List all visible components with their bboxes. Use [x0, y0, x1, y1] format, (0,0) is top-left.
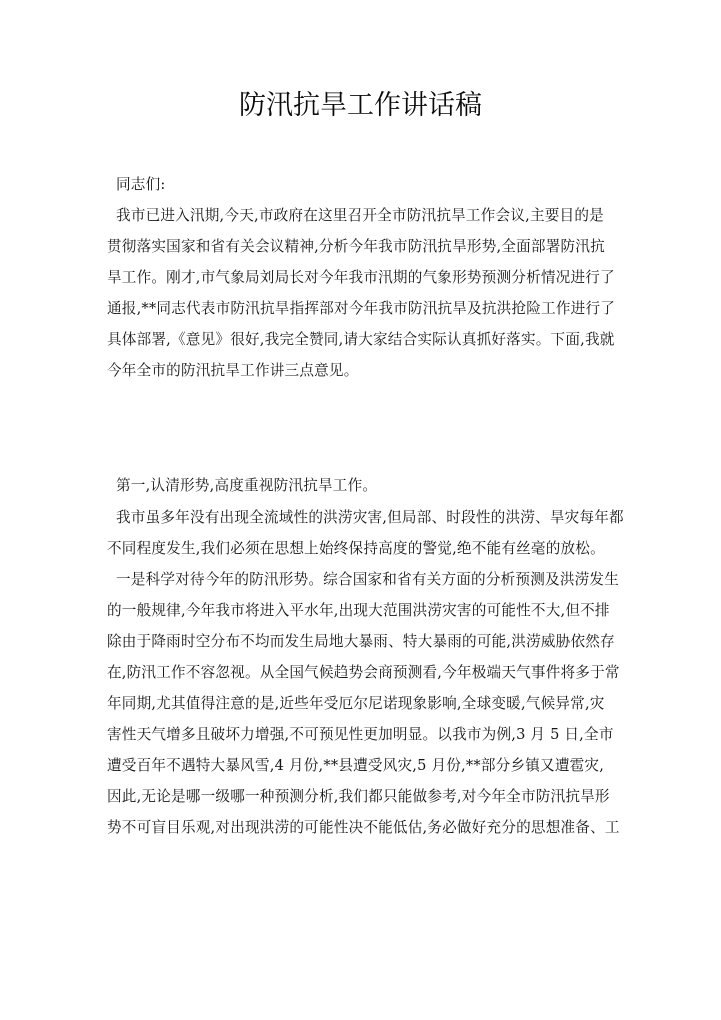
paragraph-line: 的一般规律,今年我市将进入平水年,出现大范围洪涝灾害的可能性不大,但不排 [107, 601, 627, 621]
paragraph-line: 年同期,尤其值得注意的是,近些年受厄尔尼诺现象影响,全球变暖,气候异常,灾 [107, 694, 627, 714]
paragraph-line: 具体部署,《意见》很好,我完全赞同,请大家结合实际认真抓好落实。下面,我就 [107, 330, 627, 350]
paragraph-line: 今年全市的防汛抗旱工作讲三点意见。 [107, 361, 627, 381]
paragraph-line: 因此,无论是哪一级哪一种预测分析,我们都只能做参考,对今年全市防汛抗旱形 [107, 787, 627, 807]
paragraph-line: 在,防汛工作不容忽视。从全国气候趋势会商预测看,今年极端天气事件将多于常 [107, 663, 627, 683]
section-heading: 第一,认清形势,高度重视防汛抗旱工作。 [116, 476, 636, 496]
paragraph-line: 势不可盲目乐观,对出现洪涝的可能性决不能低估,务必做好充分的思想准备、工 [107, 818, 627, 838]
document-page: 防汛抗旱工作讲话稿 同志们: 我市已进入汛期,今天,市政府在这里召开全市防汛抗旱… [0, 0, 721, 1020]
paragraph-line: 贯彻落实国家和省有关会议精神,分析今年我市防汛抗旱形势,全面部署防汛抗 [107, 237, 627, 257]
document-title: 防汛抗旱工作讲话稿 [0, 88, 721, 124]
paragraph-line: 通报,**同志代表市防汛抗旱指挥部对今年我市防汛抗旱及抗洪抢险工作进行了 [107, 299, 627, 319]
paragraph-line: 一是科学对待今年的防汛形势。综合国家和省有关方面的分析预测及洪涝发生 [116, 570, 636, 590]
paragraph-line: 遭受百年不遇特大暴风雪,4 月份,**县遭受风灾,5 月份,**部分乡镇又遭雹灾… [107, 756, 627, 776]
salutation: 同志们: [116, 175, 636, 195]
paragraph-line: 我市虽多年没有出现全流域性的洪涝灾害,但局部、时段性的洪涝、旱灾每年都 [116, 508, 636, 528]
paragraph-line: 害性天气增多且破坏力增强,不可预见性更加明显。以我市为例,3 月 5 日,全市 [107, 725, 627, 745]
paragraph-line: 除由于降雨时空分布不均而发生局地大暴雨、特大暴雨的可能,洪涝威胁依然存 [107, 632, 627, 652]
paragraph-line: 旱工作。刚才,市气象局刘局长对今年我市汛期的气象形势预测分析情况进行了 [107, 268, 627, 288]
paragraph-line: 我市已进入汛期,今天,市政府在这里召开全市防汛抗旱工作会议,主要目的是 [116, 206, 636, 226]
paragraph-line: 不同程度发生,我们必须在思想上始终保持高度的警觉,绝不能有丝毫的放松。 [107, 539, 627, 559]
